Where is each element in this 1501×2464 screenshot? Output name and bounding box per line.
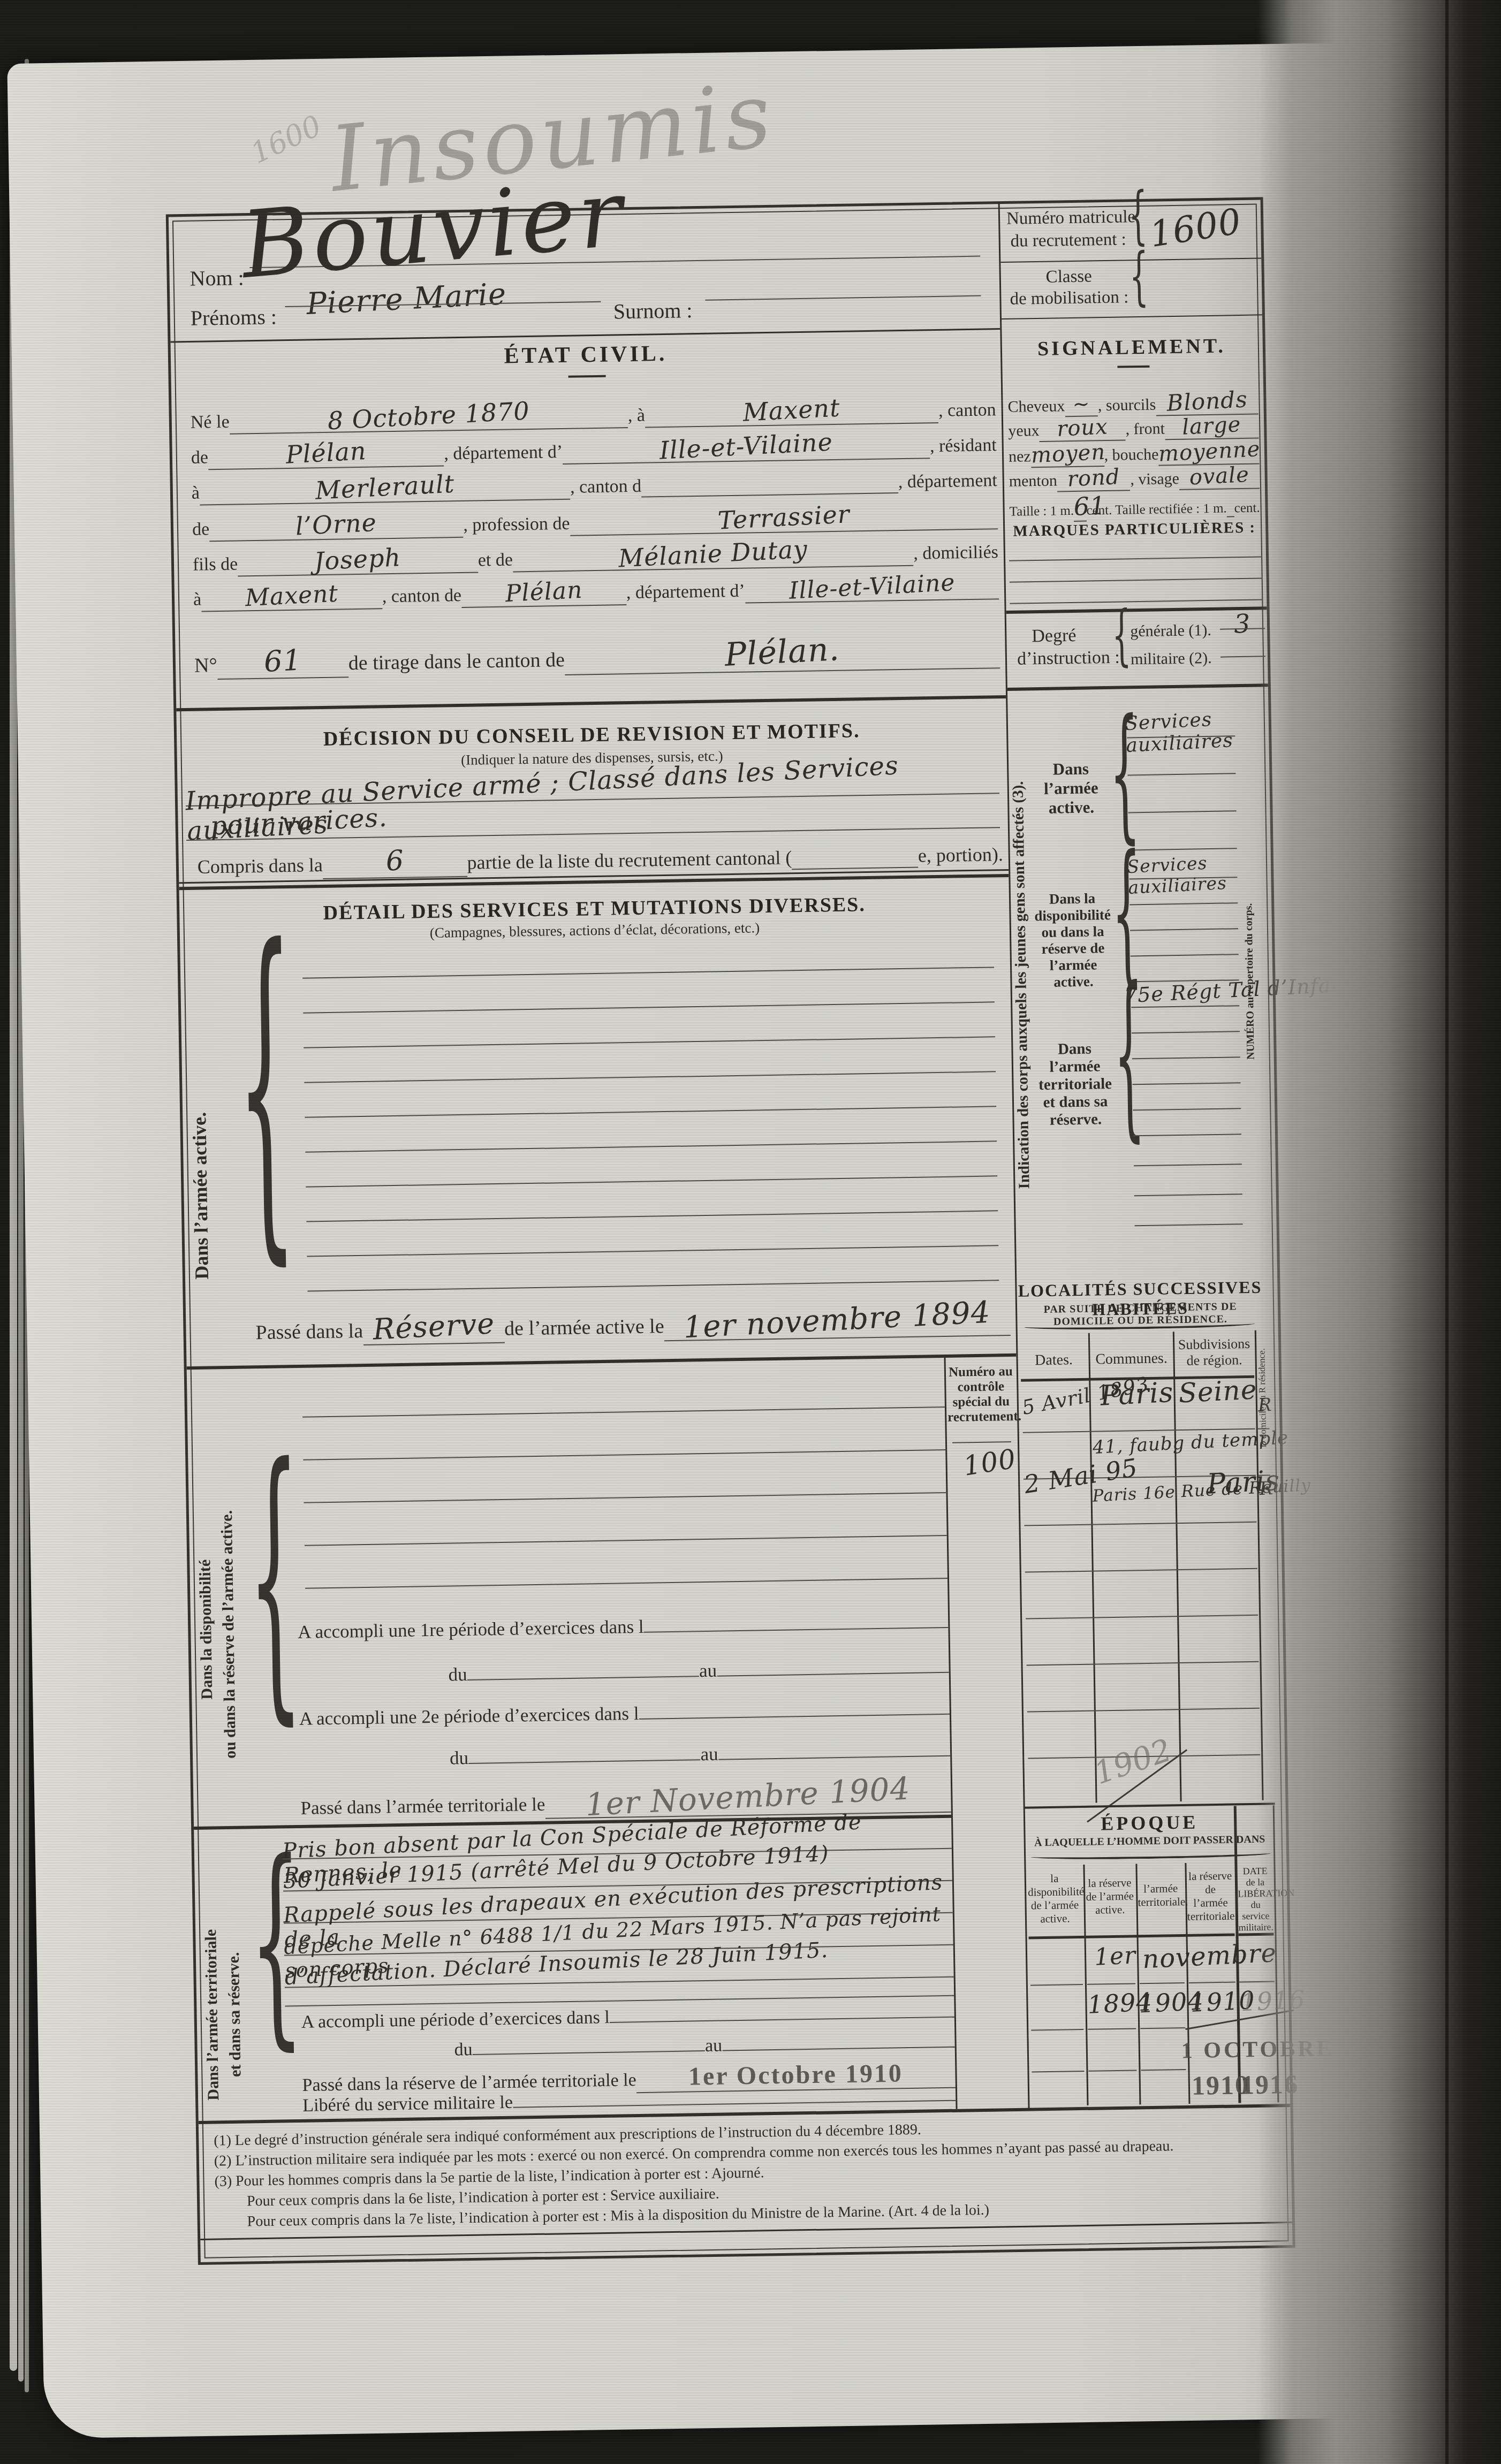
section-rule <box>176 695 1006 711</box>
disponibilite-side-label-1: Dans la disponibilité <box>194 1463 218 1795</box>
line <box>1127 773 1235 775</box>
controle-number: 100 <box>961 1443 1018 1482</box>
epoque-hw-novembre: novembre <box>1142 1938 1277 1975</box>
degre-label-2: d’instruction : <box>1017 648 1120 670</box>
etat-civil-title: ÉTAT CIVIL. <box>171 336 1001 374</box>
etat-civil-line: dePlélan, département d’Ille-et-Vilaine,… <box>191 428 997 470</box>
table-line <box>1087 1983 1135 1984</box>
etat-civil-line: àMaxent, canton dePlélan, département d’… <box>193 571 999 612</box>
localites-col-dates: Dates. <box>1020 1351 1087 1370</box>
line <box>1131 954 1239 956</box>
blank-line <box>304 1036 995 1048</box>
etat-civil-line: àMerlerault, canton d, département <box>191 463 997 506</box>
table-line <box>1239 1981 1275 1982</box>
blank-line <box>1010 577 1262 582</box>
epoque-top-rule <box>1025 1803 1275 1808</box>
line <box>1134 1163 1242 1166</box>
matricule-form: Bouvier Nom : Prénoms : Pierre Marie Sur… <box>166 197 1295 2265</box>
binding-edge-line <box>1445 0 1449 2464</box>
tirage-line: N°61de tirage dans le canton dePlélan. <box>194 630 1000 681</box>
table-line <box>1189 1982 1235 1983</box>
stamp-1-octobre: 1 OCTOBRE <box>1181 2036 1335 2064</box>
localites-row-subdivision: Seine <box>1178 1374 1257 1409</box>
blank-line <box>302 967 994 978</box>
ornament-dash <box>1117 366 1149 368</box>
localites-col-subdivisions: Subdivisions de région. <box>1174 1336 1254 1369</box>
corps-territoriale-value: 75e Régt Tal d’Infanterie <box>1124 970 1396 1008</box>
degre-generale-value: 3 <box>1233 609 1252 640</box>
curly-brace: { <box>1129 240 1149 314</box>
classe-label-1: Classe <box>1007 266 1131 288</box>
line <box>1129 848 1237 850</box>
disponibilite-side-label-2: ou dans la réserve de l’armée active. <box>216 1420 241 1849</box>
table-line <box>1140 2027 1185 2029</box>
name-handwritten: Bouvier <box>237 159 630 299</box>
header-rule <box>1029 1934 1235 1940</box>
blank-line <box>304 1071 996 1083</box>
line <box>1132 1056 1240 1059</box>
surnom-label: Surnom : <box>613 298 693 324</box>
controle-header: Numéro au contrôle spécial du recrutemen… <box>947 1364 1015 1425</box>
curly-brace: { <box>1112 949 1146 1158</box>
prenoms-label: Prénoms : <box>190 304 277 331</box>
matricule-value: 1600 <box>1147 200 1244 255</box>
du-au-line: duau <box>454 2032 954 2060</box>
curly-brace: { <box>1111 597 1132 674</box>
corps-disponibilite-label: Dans la disponibilité ou dans la réserve… <box>1033 890 1113 991</box>
matricule-label-1: Numéro matricule <box>1006 207 1130 229</box>
etat-civil-line: fils deJosephet deMélanie Dutay, domicil… <box>193 535 999 577</box>
epoque-col2-header: la réserve de l’armée active. <box>1085 1876 1135 1917</box>
epoque-col4-header: la réserve de l’armée territoriale. <box>1187 1869 1235 1923</box>
periode2-line: A accompli une 2e période d’exercices da… <box>299 1698 950 1730</box>
du-au-line: duau <box>450 1740 951 1769</box>
signalement-line: yeuxroux, frontlarge <box>1008 413 1259 442</box>
line <box>1133 1108 1241 1111</box>
localites-col-communes: Communes. <box>1091 1350 1171 1368</box>
curly-brace: { <box>245 1409 304 1752</box>
table-line <box>1024 1522 1256 1526</box>
localites-row-commune: Paris <box>1100 1377 1174 1412</box>
blank-line <box>304 1492 946 1503</box>
table-line <box>1032 2071 1084 2073</box>
stamp-1916: 1916 <box>1240 2068 1299 2101</box>
blank-line <box>303 1001 995 1013</box>
compris-line: Compris dans la6partie de la liste du re… <box>197 835 1003 881</box>
blank-line <box>305 1106 996 1117</box>
surnom-line <box>705 295 981 301</box>
table-line <box>1030 1984 1083 1986</box>
degre-generale-label: générale (1). <box>1130 621 1211 641</box>
line <box>1128 810 1237 813</box>
periode1-line: A accompli une 1re période d’exercices d… <box>298 1611 948 1643</box>
blank-line <box>302 1406 945 1418</box>
table-line <box>1027 1708 1260 1713</box>
epoque-col3-header: l’armée territoriale. <box>1138 1882 1184 1909</box>
line <box>1129 902 1238 905</box>
blank-line <box>1009 556 1262 561</box>
signalement-line: mentonrond, visageovale <box>1009 463 1260 492</box>
armee-active-side-label: Dans l’armée active. <box>187 1035 214 1357</box>
scanned-register-photo: 1600 Insoumis Bouvier Nom : Prénoms : Pi… <box>0 0 1501 2464</box>
passe-reserve-line: Passé dans laRéservede l’armée active le… <box>255 1300 1011 1348</box>
etat-civil-line: Né le8 Octobre 1870, àMaxent, canton <box>190 392 996 435</box>
nom-label: Nom : <box>189 265 244 291</box>
blank-line <box>305 1535 947 1546</box>
territoriale-side-label-2: et dans sa réserve. <box>224 1891 246 2138</box>
section-rule <box>187 1353 1017 1370</box>
table-line <box>1027 1661 1259 1666</box>
etat-civil-line: del’Orne, profession deTerrassier <box>192 499 998 542</box>
matricule-label-2: du recrutement : <box>1006 230 1130 252</box>
curly-brace: { <box>234 879 298 1296</box>
table-line <box>1031 2029 1083 2031</box>
line <box>1130 928 1238 931</box>
table-line <box>1025 1568 1257 1573</box>
corps-active-label: Dans l’armée active. <box>1030 759 1112 818</box>
liberation-col-header: DATE de la LIBÉRATION du service militai… <box>1237 1865 1273 1933</box>
blank-line <box>305 1578 947 1589</box>
epoque-year-1916: 1916 <box>1240 1984 1306 2017</box>
blank-line <box>305 1140 997 1152</box>
blank-line <box>303 1449 945 1461</box>
marques-title: MARQUES PARTICULIÈRES : <box>1003 519 1265 541</box>
blank-line <box>306 1210 998 1222</box>
line <box>1220 656 1265 657</box>
corps-disponibilite-value: Services auxiliaires <box>1127 849 1272 898</box>
pencil-matricule-annotation: 1600 <box>246 109 327 170</box>
territoriale-side-label-1: Dans l’armée territoriale <box>201 1865 224 2164</box>
line <box>1132 1031 1240 1033</box>
table-line <box>1140 1982 1185 1984</box>
localites-row-marker: R <box>1259 1478 1274 1500</box>
header-rule <box>1238 1933 1273 1936</box>
section-rule <box>1006 606 1267 614</box>
table-line <box>1088 2028 1136 2029</box>
degre-militaire-label: militaire (2). <box>1131 649 1212 668</box>
line <box>1134 1193 1242 1196</box>
corps-active-value: Services auxiliaires <box>1124 706 1270 757</box>
table-line <box>1141 2069 1186 2071</box>
pencil-crossed-number: 1902 <box>1089 1731 1176 1791</box>
classe-label-2: de mobilisation : <box>1007 287 1131 309</box>
degre-label-1: Degré <box>1032 626 1077 647</box>
line <box>1135 1223 1243 1226</box>
epoque-col1-header: la disponibilité de l’armée active. <box>1028 1872 1082 1926</box>
blank-line <box>1010 599 1262 604</box>
localites-row-marker: R <box>1257 1394 1273 1416</box>
corps-territoriale-label: Dans l’armée territoriale et dans sa rés… <box>1035 1040 1116 1129</box>
rule <box>1002 314 1262 320</box>
blank-line <box>307 1245 998 1257</box>
ornament-dash <box>568 375 606 378</box>
blank-line <box>306 1175 997 1187</box>
periode-territoriale-line: A accompli une période d’exercices dans … <box>301 2002 954 2033</box>
du-au-line: duau <box>448 1656 949 1686</box>
signalement-title: SIGNALEMENT. <box>1000 333 1263 361</box>
blank-line <box>307 1280 999 1291</box>
line <box>1133 1082 1241 1085</box>
table-line <box>1088 2070 1136 2071</box>
taille-line: Taille : 1 m.61cent. Taille rectifiée : … <box>1009 489 1260 522</box>
line <box>1133 1134 1241 1136</box>
epoque-hw-1er: 1er <box>1094 1942 1137 1971</box>
table-line <box>1026 1615 1258 1619</box>
line <box>952 1441 1011 1443</box>
register-page: 1600 Insoumis Bouvier Nom : Prénoms : Pi… <box>7 41 1466 2438</box>
